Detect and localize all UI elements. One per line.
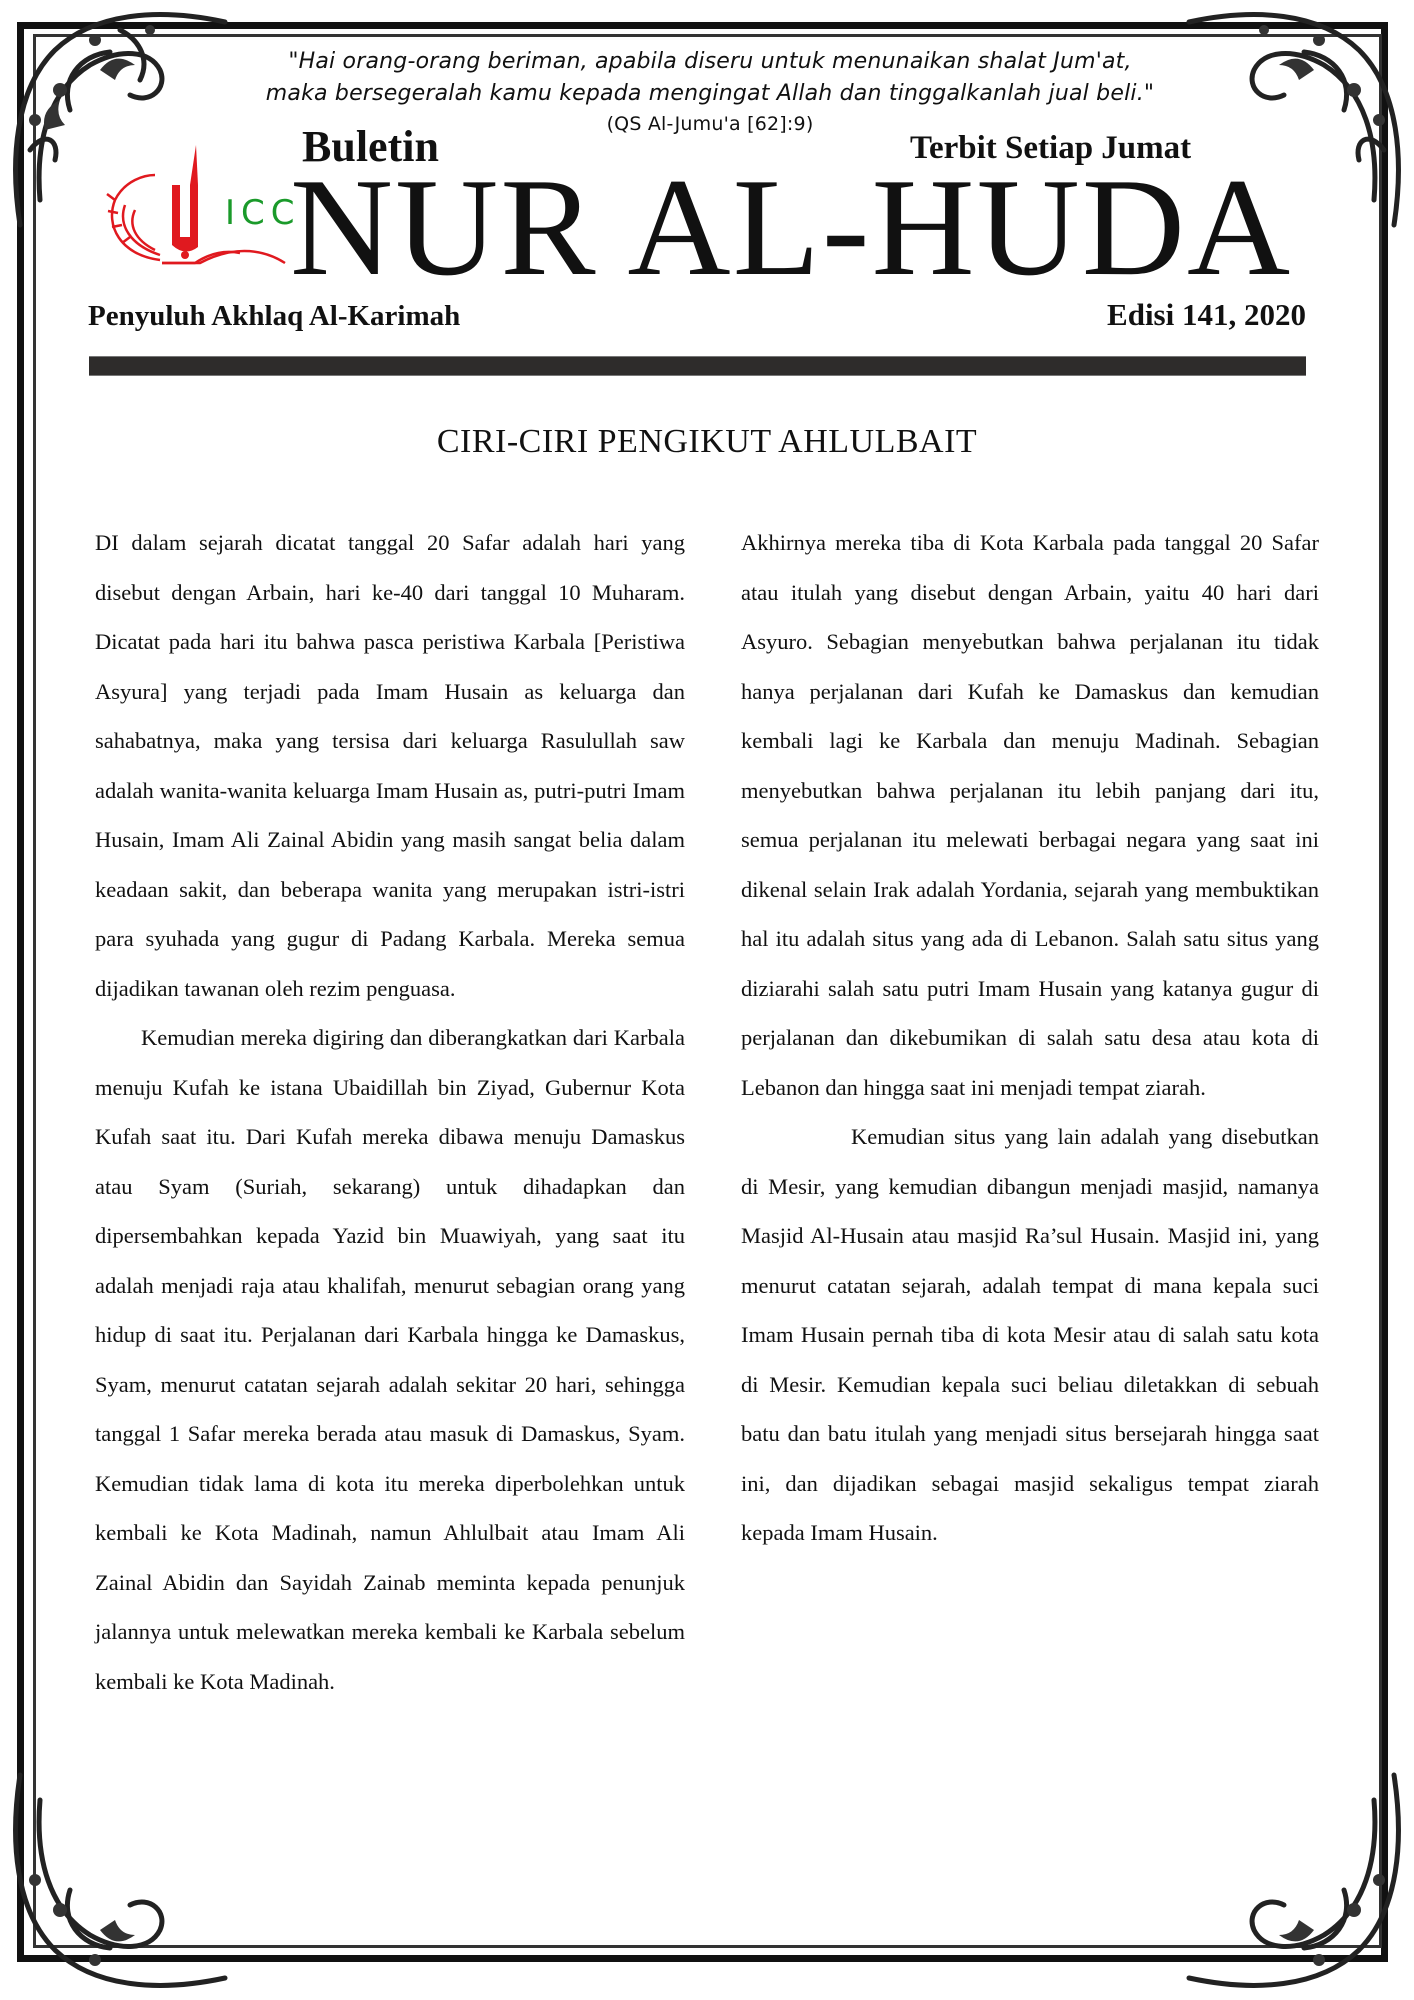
paragraph: Kemudian situs yang lain adalah yang dis…	[741, 1112, 1319, 1558]
paragraph: Akhirnya mereka tiba di Kota Karbala pad…	[741, 518, 1319, 1112]
ornament-corner-icon	[0, 1770, 230, 2000]
article-column-left: DI dalam sejarah dicatat tanggal 20 Safa…	[95, 518, 685, 1706]
icc-logo: ICC	[100, 145, 290, 270]
article-title: CIRI-CIRI PENGIKUT AHLULBAIT	[0, 422, 1414, 462]
masthead-title: NUR AL-HUDA	[290, 158, 1292, 298]
header-divider	[89, 356, 1306, 376]
quote-line-2: maka bersegeralah kamu kepada mengingat …	[266, 81, 1154, 106]
paragraph: DI dalam sejarah dicatat tanggal 20 Safa…	[95, 518, 685, 1013]
paragraph: Kemudian mereka digiring dan diberangkat…	[95, 1013, 685, 1706]
edition-info: Edisi 141, 2020	[1107, 296, 1306, 334]
tagline: Penyuluh Akhlaq Al-Karimah	[88, 298, 460, 334]
article-column-right: Akhirnya mereka tiba di Kota Karbala pad…	[741, 518, 1319, 1558]
ornament-corner-icon	[1184, 1770, 1414, 2000]
quote-line-1: "Hai orang-orang beriman, apabila diseru…	[288, 49, 1131, 74]
